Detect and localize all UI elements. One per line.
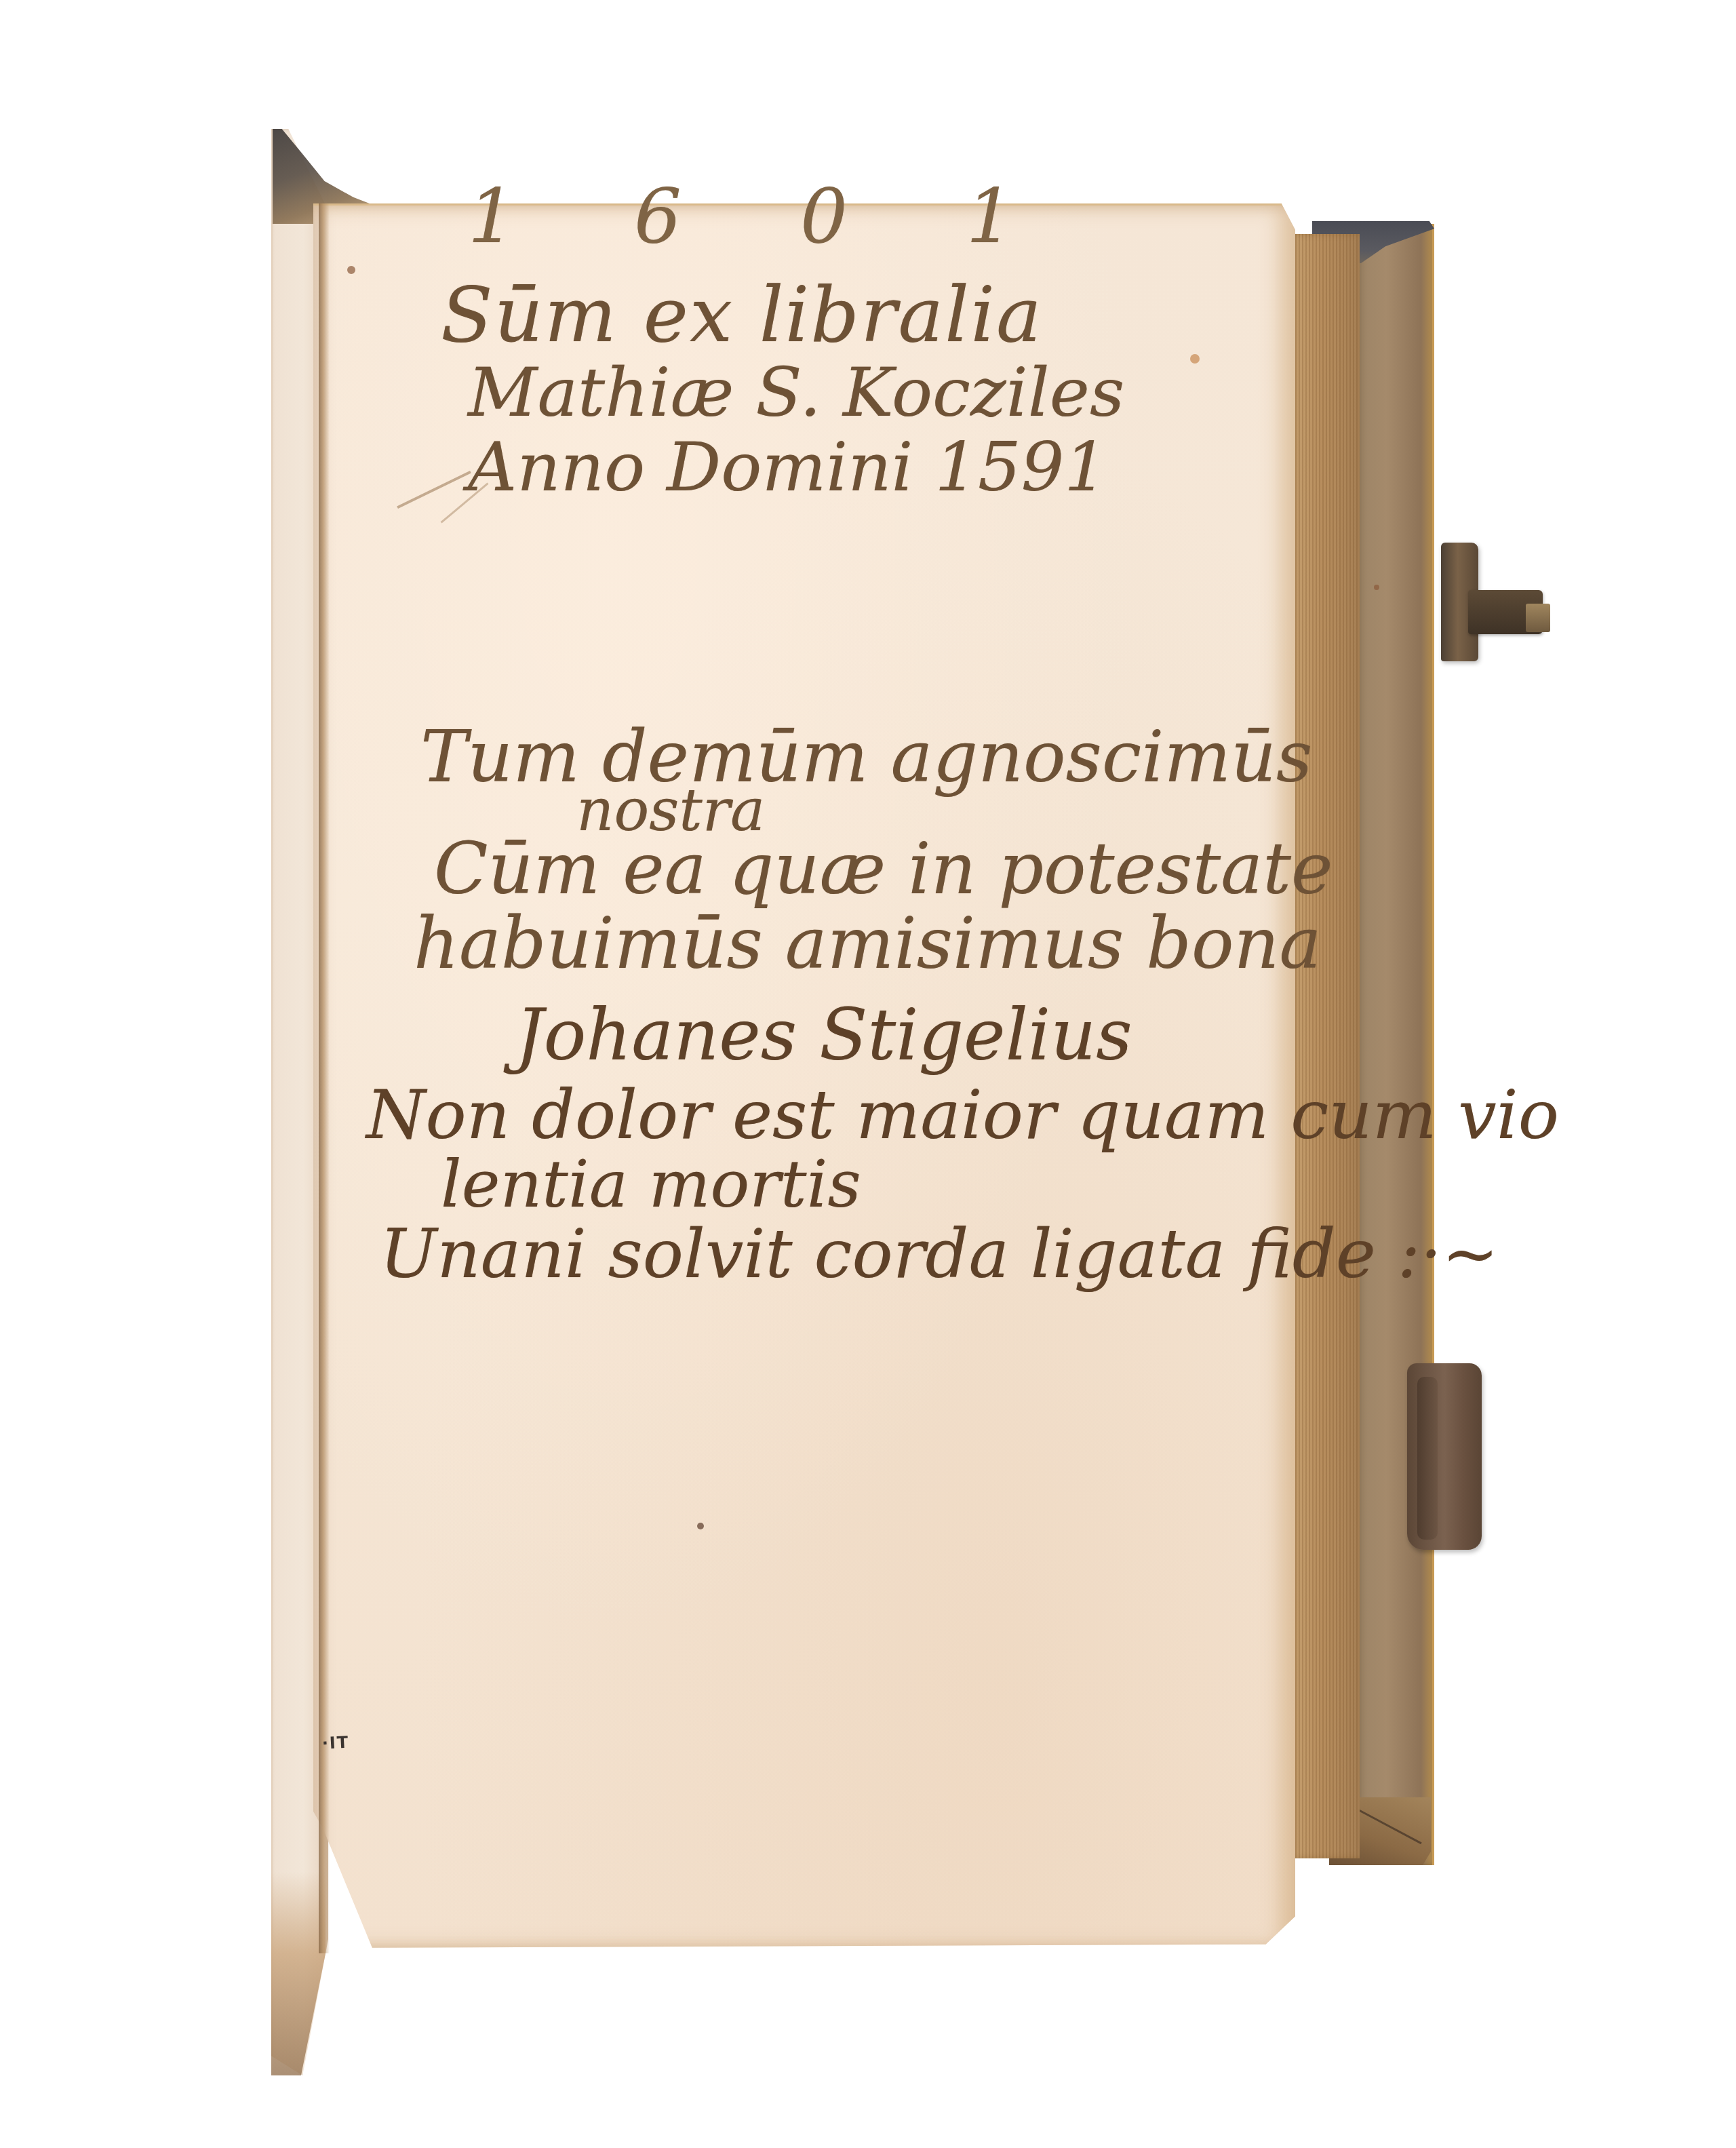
inscription-year-1601: 1 6 0 1 (468, 173, 1061, 260)
verse2-line-2: lentia mortis (441, 1146, 861, 1222)
lower-clasp-fold (1417, 1377, 1438, 1540)
verse1-line-3: Cūm ea quæ in potestate (434, 827, 1333, 910)
inscription-ownership-line-1: Sūm ex libralia (441, 271, 1043, 359)
inscription-date-1591: Anno Domini 1591 (468, 427, 1107, 507)
verse1-line-4: habuimūs amisimus bona (414, 902, 1322, 985)
upper-clasp-hook-icon (1526, 604, 1550, 632)
verse1-line-1: Tum demūm agnoscimūs (420, 716, 1312, 798)
foxing-spot (1190, 354, 1200, 364)
foxing-spot (697, 1523, 704, 1529)
gutter-hinge (319, 203, 330, 1953)
foxing-spot (347, 266, 355, 274)
photo-stage: ·IT 1 6 0 1 Sūm ex libralia Mathiæ S. Ko… (0, 0, 1736, 2148)
verse-attribution: Johanes Stigelius (515, 994, 1132, 1076)
inscription-owner-name: Mathiæ S. Kocziles (468, 353, 1124, 432)
text-block-fore-edge (1292, 234, 1360, 1858)
hinge-print-fragment: ·IT (321, 1732, 363, 1761)
verse2-line-3: Unani solvit corda ligata fide :·~ (380, 1214, 1499, 1293)
front-cover-worn-corner (271, 1872, 325, 2075)
foxing-spot (1374, 585, 1379, 590)
verse2-line-1: Non dolor est maior quam cum vio (366, 1075, 1559, 1154)
back-cover-board (1356, 224, 1434, 1865)
